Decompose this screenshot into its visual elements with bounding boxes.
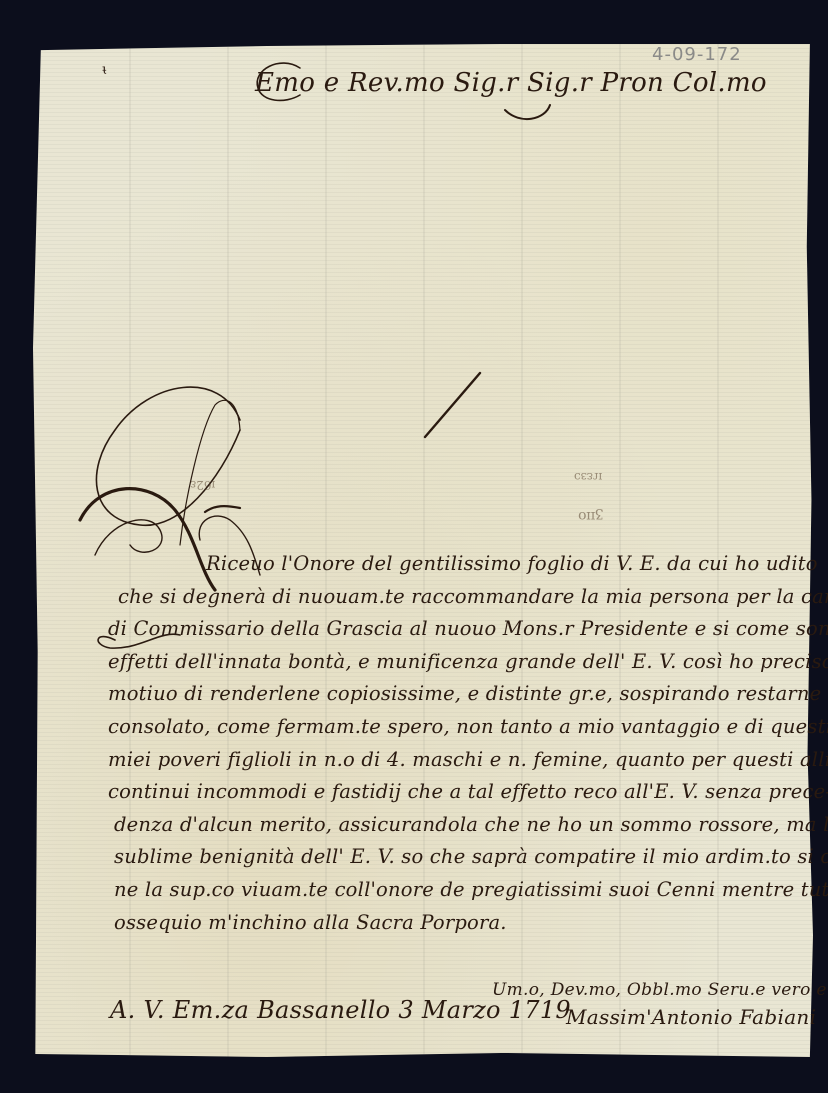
salutation: Emo e Rev.mo Sig.r Sig.r Pron Col.mo xyxy=(255,68,767,98)
faint-reverse-note: ɪ62ɛ xyxy=(190,478,215,492)
body-line: miei poveri figlioli in n.o di 4. maschi… xyxy=(108,744,798,777)
faint-reverse-note: ʒɪɪo xyxy=(578,508,603,524)
body-line: Riceuo l'Onore del gentilissimo foglio d… xyxy=(108,548,798,581)
body-line: sublime benignità dell' E. V. so che sap… xyxy=(108,841,798,874)
body-line: continui incommodi e fastidij che a tal … xyxy=(108,776,798,809)
closing-formula: Um.o, Dev.mo, Obbl.mo Seru.e vero e semp… xyxy=(492,980,828,1000)
body-line: motiuo di renderlene copiosissime, e dis… xyxy=(108,678,798,711)
body-line: che si degnerà di nuouam.te raccommandar… xyxy=(108,581,798,614)
ink-mark: ᵼ xyxy=(102,62,108,78)
body-line: ne la sup.co viuam.te coll'onore de preg… xyxy=(108,874,798,907)
letter-body: Riceuo l'Onore del gentilissimo foglio d… xyxy=(108,548,798,939)
body-line: denza d'alcun merito, assicurandola che … xyxy=(108,809,798,842)
signature: Massim'Antonio Fabiani xyxy=(566,1005,816,1029)
closing-place-date: A. V. Em.za Bassanello 3 Marzo 1719 xyxy=(110,996,571,1024)
body-line: effetti dell'innata bontà, e munificenza… xyxy=(108,646,798,679)
faint-reverse-note: ɪɾɛɜɔ xyxy=(574,470,602,484)
body-line: ossequio m'inchino alla Sacra Porpora. xyxy=(108,907,798,940)
archive-number: 4-09-172 xyxy=(652,44,742,65)
body-line: consolato, come fermam.te spero, non tan… xyxy=(108,711,798,744)
body-line: di Commissario della Grascia al nuouo Mo… xyxy=(108,613,798,646)
